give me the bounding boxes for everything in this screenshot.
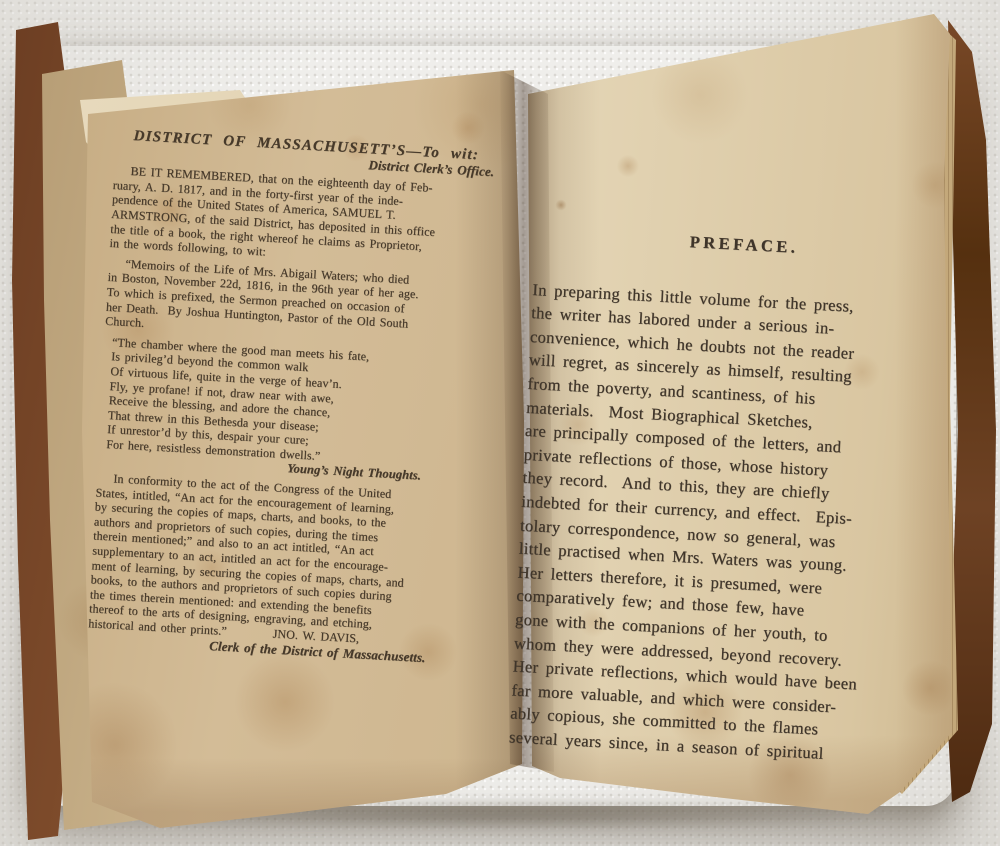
preface-body-paragraph: In preparing this little volume for the … [508, 278, 950, 771]
epigraph-poem: “The chamber where the good man meets hi… [98, 334, 486, 472]
book-title-description-paragraph: “Memoirs of the Life of Mrs. Abigail Wat… [105, 256, 490, 350]
right-page-text: PREFACE. In preparing this little volume… [508, 222, 953, 771]
copyright-registration-paragraph: BE IT REMEMBERED, that on the eighteenth… [109, 163, 495, 272]
copyright-act-paragraph: In conformity to the act of the Congress… [88, 471, 478, 653]
left-page-text: DISTRICT OF MASSACHUSETT’S—To wit: Distr… [87, 128, 497, 668]
book-photo: DISTRICT OF MASSACHUSETT’S—To wit: Distr… [0, 0, 1000, 846]
